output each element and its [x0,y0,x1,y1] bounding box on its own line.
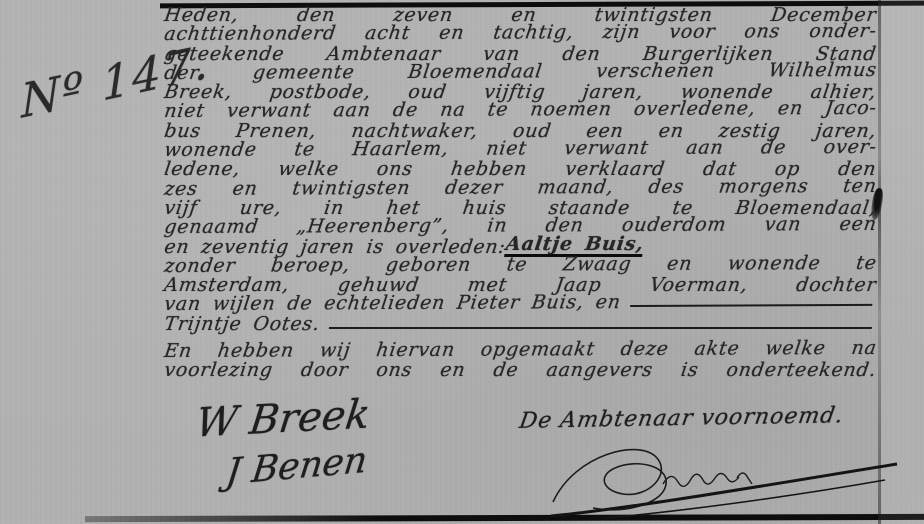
closing-line: voorlezing door ons en de aangevers is o… [163,361,878,380]
act-line-father: van wijlen de echtelieden Pieter Buis, e… [163,292,878,314]
official-signature-flourish [545,436,915,521]
act-line-mother: Trijntje Ootes. [163,315,878,334]
act-text-block: Heden, den zeven en twintigsten December… [163,6,875,381]
signature-witness-2: J Benen [224,440,370,494]
act-line: niet verwant aan de na te noemen overled… [163,99,878,121]
signature-witness-1: W Breek [193,391,372,446]
act-line: zonder beroep, geboren te Zwaag en wonen… [163,254,878,276]
mother-line-text: Trijntje Ootes. [163,315,321,335]
death-record-scan: Nº 147. Heden, den zeven en twintigsten … [0,0,924,524]
act-line: achttienhonderd acht en tachtig, zijn vo… [163,22,878,44]
act-line: der gemeente Bloemendaal verschenen Wilh… [163,61,878,83]
official-title: De Ambtenaar voornoemd. [518,403,846,434]
father-line-text: van wijlen de echtelieden Pieter Buis, e… [163,293,622,314]
act-line: zes en twintigsten dezer maand, des morg… [163,177,878,199]
closing-line: En hebben wij hiervan opgemaakt deze akt… [163,339,878,361]
filler-dash [630,305,872,308]
filler-rule [329,327,872,329]
act-line: wonende te Haarlem, niet verwant aan de … [163,138,878,160]
